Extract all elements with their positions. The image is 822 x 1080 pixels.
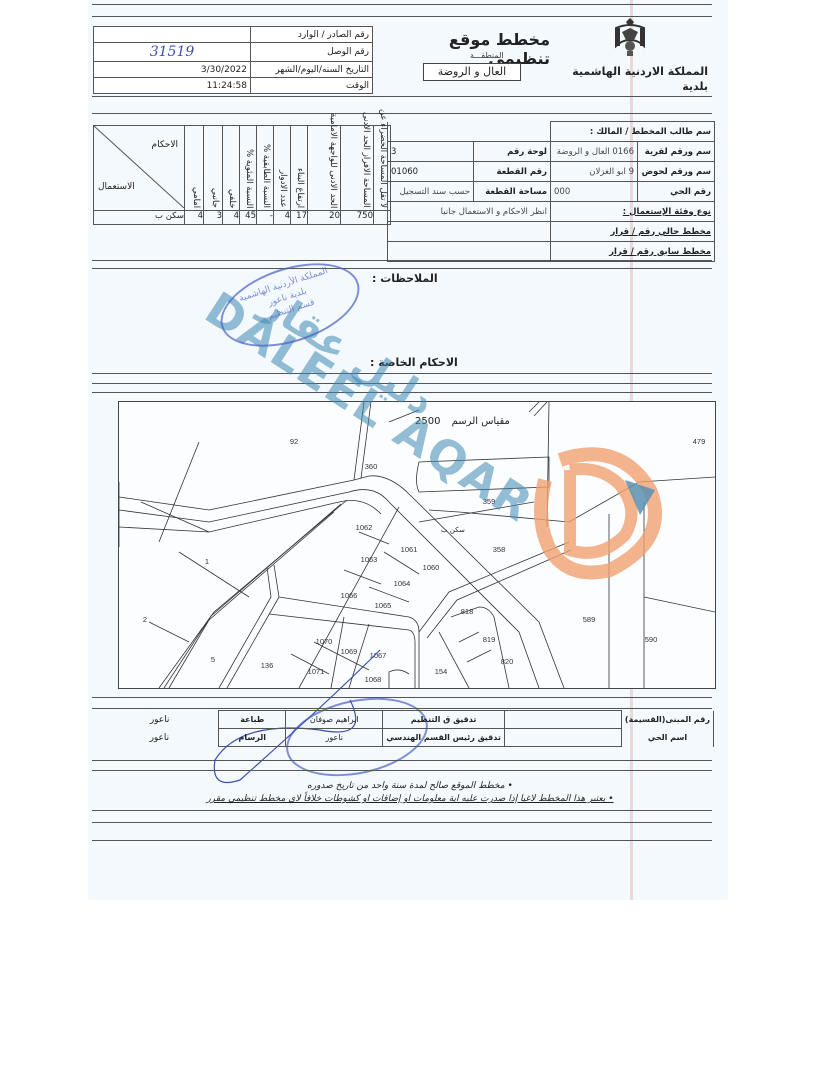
- divider: [92, 760, 712, 761]
- column-header: امامي: [185, 126, 203, 210]
- reference-row: 3/30/2022 التاريخ السنه/اليوم/الشهر: [94, 62, 373, 78]
- approval-role: طباعة: [219, 711, 286, 729]
- rules-value-row: 750 20 17 4 - 45 4 3 4 سكن ب: [94, 211, 391, 225]
- rules-header-row: لا تقل المساحة الخضراء عن المساحة الافرا…: [94, 126, 391, 211]
- reference-label: الوقت: [251, 78, 373, 94]
- rule-value: 45: [240, 211, 257, 225]
- divider: [92, 697, 712, 698]
- svg-text:818: 818: [461, 607, 474, 616]
- divider: [92, 4, 712, 5]
- applicant-label: سم طالب المخطط / المالك :: [551, 122, 715, 142]
- approval-row: رقم المبنى(القسيمة) تدقيق ق التنظيم ابرا…: [101, 711, 714, 729]
- info-label: لوحة رقم: [474, 142, 551, 162]
- parcel-label: 92: [290, 437, 298, 446]
- use-label: نوع وفئة الإستعمال :: [551, 202, 715, 222]
- approval-role: الرسام: [219, 729, 286, 747]
- footer-note: • يعتبر هذا المخطط لاغيا إذا صدرت عليه ا…: [170, 793, 650, 806]
- kingdom-name: المملكة الاردنية الهاشمية: [560, 64, 708, 79]
- svg-text:590: 590: [645, 635, 658, 644]
- notes-label: الملاحظات :: [372, 272, 438, 285]
- current-plan-row: مخطط حالي رقم / قرار: [388, 222, 715, 242]
- svg-text:1066: 1066: [341, 591, 358, 600]
- divider: [92, 268, 712, 269]
- svg-text:819: 819: [483, 635, 496, 644]
- town-name: ناعور: [101, 711, 219, 729]
- approval-row: اسم الحي تدقيق رئيس القسم الهندسي ناعور …: [101, 729, 714, 747]
- svg-text:358: 358: [493, 545, 506, 554]
- board-number: 3: [388, 142, 474, 162]
- reference-label: التاريخ السنه/اليوم/الشهر: [251, 62, 373, 78]
- rule-value: 4: [185, 211, 204, 225]
- svg-text:360: 360: [365, 462, 378, 471]
- reference-value: [94, 27, 251, 43]
- approval-role: تدقيق ق التنظيم: [383, 711, 505, 729]
- neighborhood-label: اسم الحي: [621, 729, 713, 747]
- reference-table: رقم الصادر / الوارد 31519 رقم الوصل 3/30…: [93, 26, 373, 94]
- info-row: سم ورقم لحوض 9 ابو الغزلان رقم القطعة 01…: [388, 162, 715, 182]
- approver-name: ناعور: [286, 729, 383, 747]
- svg-text:1060: 1060: [423, 563, 440, 572]
- svg-text:589: 589: [583, 615, 596, 624]
- svg-text:1061: 1061: [401, 545, 418, 554]
- info-value: 9 ابو الغزلان: [551, 162, 638, 182]
- column-header: جانبي: [204, 126, 222, 210]
- rule-value: 3: [204, 211, 223, 225]
- rule-value: -: [257, 211, 274, 225]
- reference-label: رقم الصادر / الوارد: [251, 27, 373, 43]
- region-value: العال و الروضة: [423, 63, 521, 81]
- parcel-info-table: سم طالب المخطط / المالك : سم ورقم لقرية …: [387, 121, 715, 262]
- column-header: خلفي: [223, 126, 239, 210]
- applicant-row: سم طالب المخطط / المالك :: [388, 122, 715, 142]
- footer-note: • مخطط الموقع صالح لمدة سنة واحد من تاري…: [170, 780, 650, 793]
- issuer-block: المملكة الاردنية الهاشمية بلدية: [560, 64, 708, 94]
- use-value: انظر الاحكام و الاستعمال جانبا: [388, 202, 551, 222]
- jordan-coat-of-arms-icon: [612, 18, 648, 58]
- time-value: 11:24:58: [94, 78, 251, 94]
- rule-value: 20: [308, 211, 341, 225]
- reference-row: 11:24:58 الوقت: [94, 78, 373, 94]
- receipt-number: 31519: [150, 44, 195, 60]
- rule-value: 4: [274, 211, 291, 225]
- previous-plan-label: مخطط سابق رقم / قرار: [551, 242, 715, 262]
- divider: [92, 708, 712, 709]
- divider: [92, 96, 712, 97]
- svg-text:820: 820: [501, 657, 514, 666]
- info-label: سم ورقم لحوض: [638, 162, 715, 182]
- column-header: النسبة المئوية %: [240, 126, 256, 210]
- svg-text:479: 479: [693, 437, 706, 446]
- corner-label-rules: الاحكام: [152, 140, 178, 150]
- svg-text:154: 154: [435, 667, 448, 676]
- svg-text:1063: 1063: [361, 555, 378, 564]
- svg-text:1: 1: [205, 557, 209, 566]
- reference-row: 31519 رقم الوصل: [94, 43, 373, 62]
- use-row: نوع وفئة الإستعمال : انظر الاحكام و الاس…: [388, 202, 715, 222]
- column-header: ارتفاع البناء: [291, 126, 307, 210]
- zone-label: سكن ب: [441, 526, 465, 534]
- svg-text:2: 2: [143, 615, 147, 624]
- town-name: ناعور: [101, 729, 219, 747]
- current-plan-label: مخطط حالي رقم / قرار: [551, 222, 715, 242]
- footer-notes: • مخطط الموقع صالح لمدة سنة واحد من تاري…: [170, 780, 650, 806]
- rule-value: 17: [291, 211, 308, 225]
- corner-label-use: الاستعمال: [98, 182, 135, 192]
- svg-text:1064: 1064: [394, 579, 411, 588]
- building-number-value: [504, 711, 621, 729]
- approver-name: ابراهيم صوفان: [286, 711, 383, 729]
- reference-row: رقم الصادر / الوارد: [94, 27, 373, 43]
- divider: [92, 840, 712, 841]
- info-label: رقم الحي: [638, 182, 715, 202]
- neighborhood-value: [504, 729, 621, 747]
- parcel-area: حسب سند التسجيل: [388, 182, 474, 202]
- reference-label: رقم الوصل: [251, 43, 373, 62]
- municipality-label: بلدية: [560, 79, 708, 94]
- corner-header: الاحكام الاستعمال: [94, 126, 184, 208]
- column-header: الحد الادنى للواجهة الامامية: [308, 126, 340, 210]
- info-row: سم ورقم لقرية 0166 العال و الروضة لوحة ر…: [388, 142, 715, 162]
- info-value: 0166 العال و الروضة: [551, 142, 638, 162]
- divider: [92, 16, 712, 17]
- approval-role: تدقيق رئيس القسم الهندسي: [383, 729, 505, 747]
- rule-value: 750: [341, 211, 374, 225]
- info-label: مساحة القطعة: [474, 182, 551, 202]
- use-category: سكن ب: [94, 211, 185, 225]
- applicant-value: [388, 122, 551, 142]
- info-label: سم ورقم لقرية: [638, 142, 715, 162]
- watermark-logo-icon: [530, 440, 670, 580]
- svg-text:1065: 1065: [375, 601, 392, 610]
- rules-table: لا تقل المساحة الخضراء عن المساحة الافرا…: [93, 125, 391, 225]
- column-header: عدد الادوار: [274, 126, 290, 210]
- date-value: 3/30/2022: [94, 62, 251, 78]
- approval-table: رقم المبنى(القسيمة) تدقيق ق التنظيم ابرا…: [100, 710, 714, 747]
- current-plan-value: [388, 222, 551, 242]
- divider: [92, 260, 712, 261]
- info-value: 000: [551, 182, 638, 202]
- rule-value: 4: [223, 211, 240, 225]
- previous-plan-value: [388, 242, 551, 262]
- scale-label: مقياس الرسم: [452, 416, 510, 427]
- region-label: المنطقـــة: [470, 51, 504, 60]
- divider: [92, 822, 712, 823]
- parcel-number: 01060: [388, 162, 474, 182]
- building-number-label: رقم المبنى(القسيمة): [621, 711, 713, 729]
- info-label: رقم القطعة: [474, 162, 551, 182]
- info-row: رقم الحي 000 مساحة القطعة حسب سند التسجي…: [388, 182, 715, 202]
- column-header: المساحة الافراز الحد الادنى: [341, 126, 373, 210]
- divider: [92, 770, 712, 771]
- divider: [92, 113, 712, 114]
- previous-plan-row: مخطط سابق رقم / قرار: [388, 242, 715, 262]
- divider: [92, 810, 712, 811]
- svg-text:1062: 1062: [356, 523, 373, 532]
- column-header: النسبة الطابقية %: [257, 126, 273, 210]
